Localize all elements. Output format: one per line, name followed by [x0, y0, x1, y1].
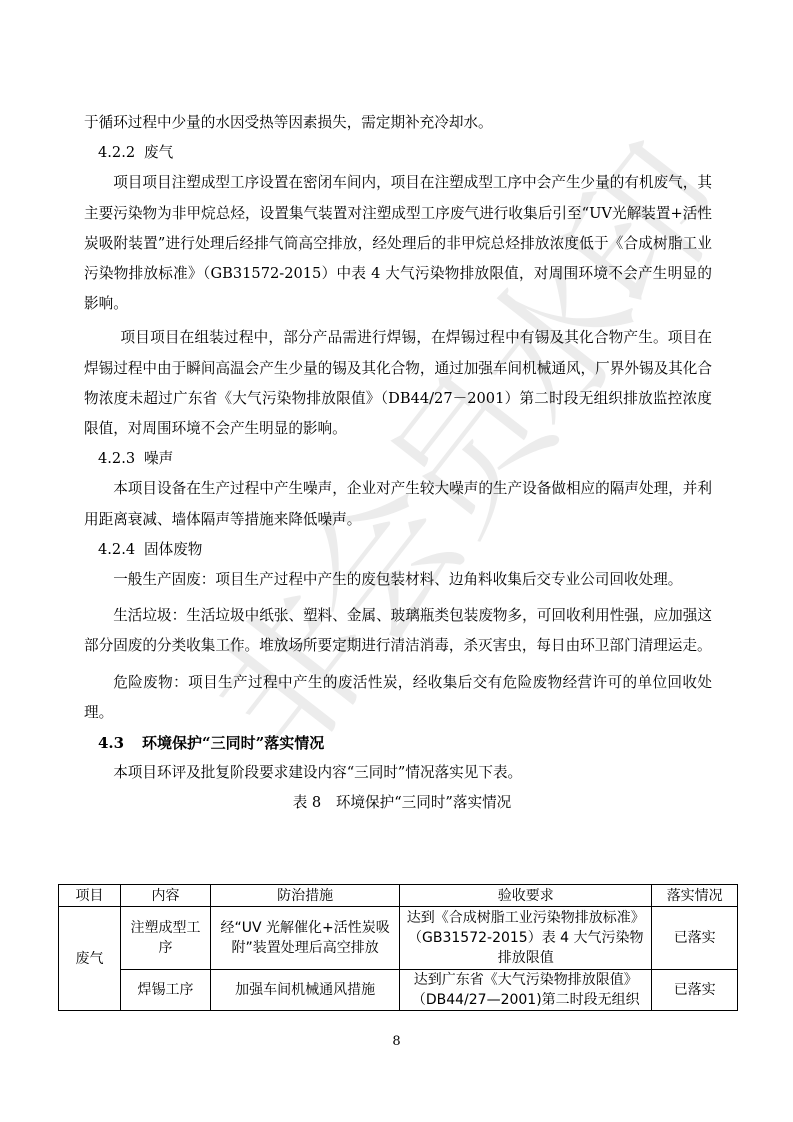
document-page: 非会员水印 于循环过程中少量的水因受热等因素损失，需定期补充冷却水。 4.2.2… [0, 0, 793, 1122]
paragraph-s43-intro: 本项目环评及批复阶段要求建设内容“三同时”情况落实见下表。 [84, 758, 712, 788]
group-cell: 废气 [59, 907, 121, 1011]
paragraph-noise: 本项目设备在生产过程中产生噪声，企业对产生较大噪声的生产设备做相应的隔声处理，并… [84, 474, 712, 534]
table-row: 焊锡工序 加强车间机械通风措施 达到广东省《大气污染物排放限值》（DB44/27… [59, 970, 738, 1011]
header-cell: 项目 [59, 885, 121, 907]
section-title: 环境保护“三同时”落实情况 [142, 734, 324, 752]
paragraph-exhaust-injection: 项目项目注塑成型工序设置在密闭车间内，项目在注塑成型工序中会产生少量的有机废气，… [84, 168, 712, 319]
section-number: 4.2.2 [98, 138, 144, 168]
section-heading-4-2-3: 4.2.3噪声 [84, 444, 712, 474]
section-heading-4-2-2: 4.2.2废气 [84, 138, 712, 168]
paragraph-solid-general: 一般生产固废：项目生产过程中产生的废包装材料、边角料收集后交专业公司回收处理。 [84, 565, 712, 595]
section-title: 固体废物 [144, 541, 202, 558]
section-heading-4-3: 4.3环境保护“三同时”落实情况 [84, 728, 712, 758]
requirement-cell: 达到《合成树脂工业污染物排放标准》（GB31572-2015）表 4 大气污染物… [400, 907, 652, 970]
page-number: 8 [0, 1034, 793, 1049]
paragraph-solid-hazardous: 危险废物：项目生产过程中产生的废活性炭，经收集后交有危险废物经营许可的单位回收处… [84, 668, 712, 728]
requirement-cell: 达到广东省《大气污染物排放限值》（DB44/27—2001)第二时段无组织 [400, 970, 652, 1011]
status-cell: 已落实 [652, 907, 738, 970]
section-number: 4.2.3 [98, 444, 144, 474]
table-header-row: 项目 内容 防治措施 验收要求 落实情况 [59, 885, 738, 907]
section-number: 4.2.4 [98, 535, 144, 565]
status-cell: 已落实 [652, 970, 738, 1011]
measure-cell: 加强车间机械通风措施 [211, 970, 400, 1011]
header-cell: 验收要求 [400, 885, 652, 907]
document-body: 于循环过程中少量的水因受热等因素损失，需定期补充冷却水。 4.2.2废气 项目项… [84, 108, 712, 818]
section-heading-4-2-4: 4.2.4固体废物 [84, 535, 712, 565]
content-cell: 焊锡工序 [120, 970, 210, 1011]
section-title: 噪声 [144, 450, 173, 467]
section-number: 4.3 [98, 728, 142, 758]
paragraph-cooling-water: 于循环过程中少量的水因受热等因素损失，需定期补充冷却水。 [84, 108, 712, 138]
paragraph-solid-domestic: 生活垃圾：生活垃圾中纸张、塑料、金属、玻璃瓶类包装废物多，可回收利用性强，应加强… [84, 601, 712, 661]
table-row: 废气 注塑成型工序 经“UV 光解催化+活性炭吸附”装置处理后高空排放 达到《合… [59, 907, 738, 970]
header-cell: 落实情况 [652, 885, 738, 907]
paragraph-exhaust-soldering: 项目项目在组装过程中，部分产品需进行焊锡，在焊锡过程中有锡及其化合物产生。项目在… [84, 323, 712, 444]
three-simultaneous-table: 项目 内容 防治措施 验收要求 落实情况 废气 注塑成型工序 经“UV 光解催化… [58, 884, 738, 1011]
table-caption: 表 8 环境保护“三同时”落实情况 [84, 788, 712, 818]
header-cell: 内容 [120, 885, 210, 907]
section-title: 废气 [144, 144, 173, 161]
measure-cell: 经“UV 光解催化+活性炭吸附”装置处理后高空排放 [211, 907, 400, 970]
content-cell: 注塑成型工序 [120, 907, 210, 970]
header-cell: 防治措施 [211, 885, 400, 907]
